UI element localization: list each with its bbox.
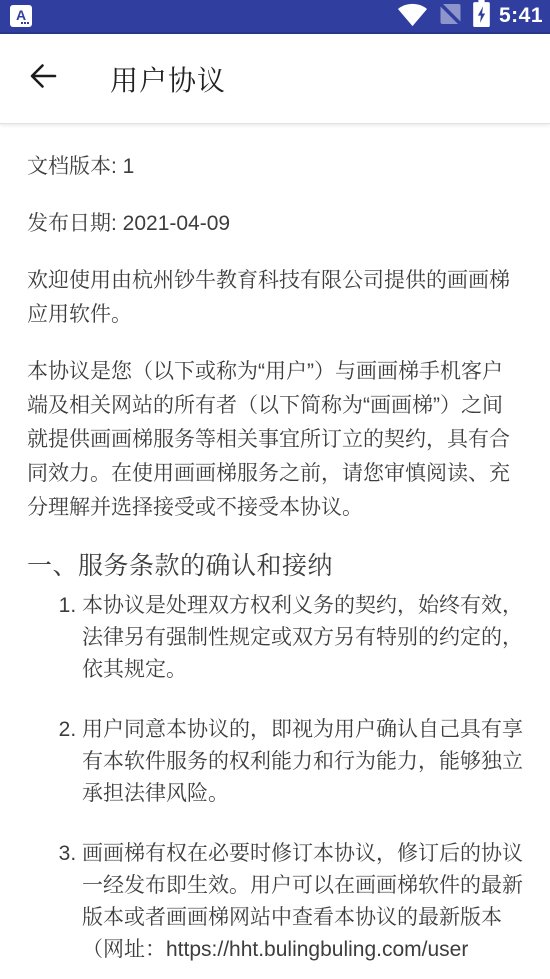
doc-version-line: 文档版本: 1 (27, 150, 523, 184)
status-bar-right: 5:41 (397, 0, 543, 32)
page-title: 用户协议 (110, 59, 226, 99)
notification-app-icon: A (10, 5, 32, 27)
list-item: 本协议是处理双方权利义务的契约，始终有效，法律另有强制性规定或双方另有特别的约定… (82, 590, 523, 686)
agreement-scroll-area[interactable]: 文档版本: 1 发布日期: 2021-04-09 欢迎使用由杭州钞牛教育科技有限… (0, 124, 550, 979)
section-1-list: 本协议是处理双方权利义务的契约，始终有效，法律另有强制性规定或双方另有特别的约定… (27, 590, 523, 966)
section-1-heading: 一、服务条款的确认和接纳 (27, 548, 523, 584)
no-sim-icon (437, 1, 464, 32)
back-arrow-icon (27, 60, 59, 97)
toolbar: 用户协议 (0, 34, 550, 124)
back-button[interactable] (26, 62, 60, 96)
list-item: 画画梯有权在必要时修订本协议，修订后的协议一经发布即生效。用户可以在画画梯软件的… (82, 838, 523, 966)
notification-app-letter: A (16, 8, 26, 22)
list-item: 用户同意本协议的，即视为用户确认自己具有享有本软件服务的权利能力和行为能力，能够… (82, 714, 523, 810)
notification-app-icon-dots (21, 22, 29, 24)
wifi-icon (397, 1, 428, 32)
battery-charging-icon (473, 0, 490, 32)
agreement-summary-paragraph: 本协议是您（以下或称为“用户”）与画画梯手机客户端及相关网站的所有者（以下简称为… (27, 355, 523, 525)
clock-text: 5:41 (499, 4, 543, 28)
publish-date-line: 发布日期: 2021-04-09 (27, 207, 523, 241)
app-screen: A 5:41 (0, 0, 550, 979)
status-bar: A 5:41 (0, 0, 550, 34)
intro-paragraph: 欢迎使用由杭州钞牛教育科技有限公司提供的画画梯应用软件。 (27, 264, 523, 332)
